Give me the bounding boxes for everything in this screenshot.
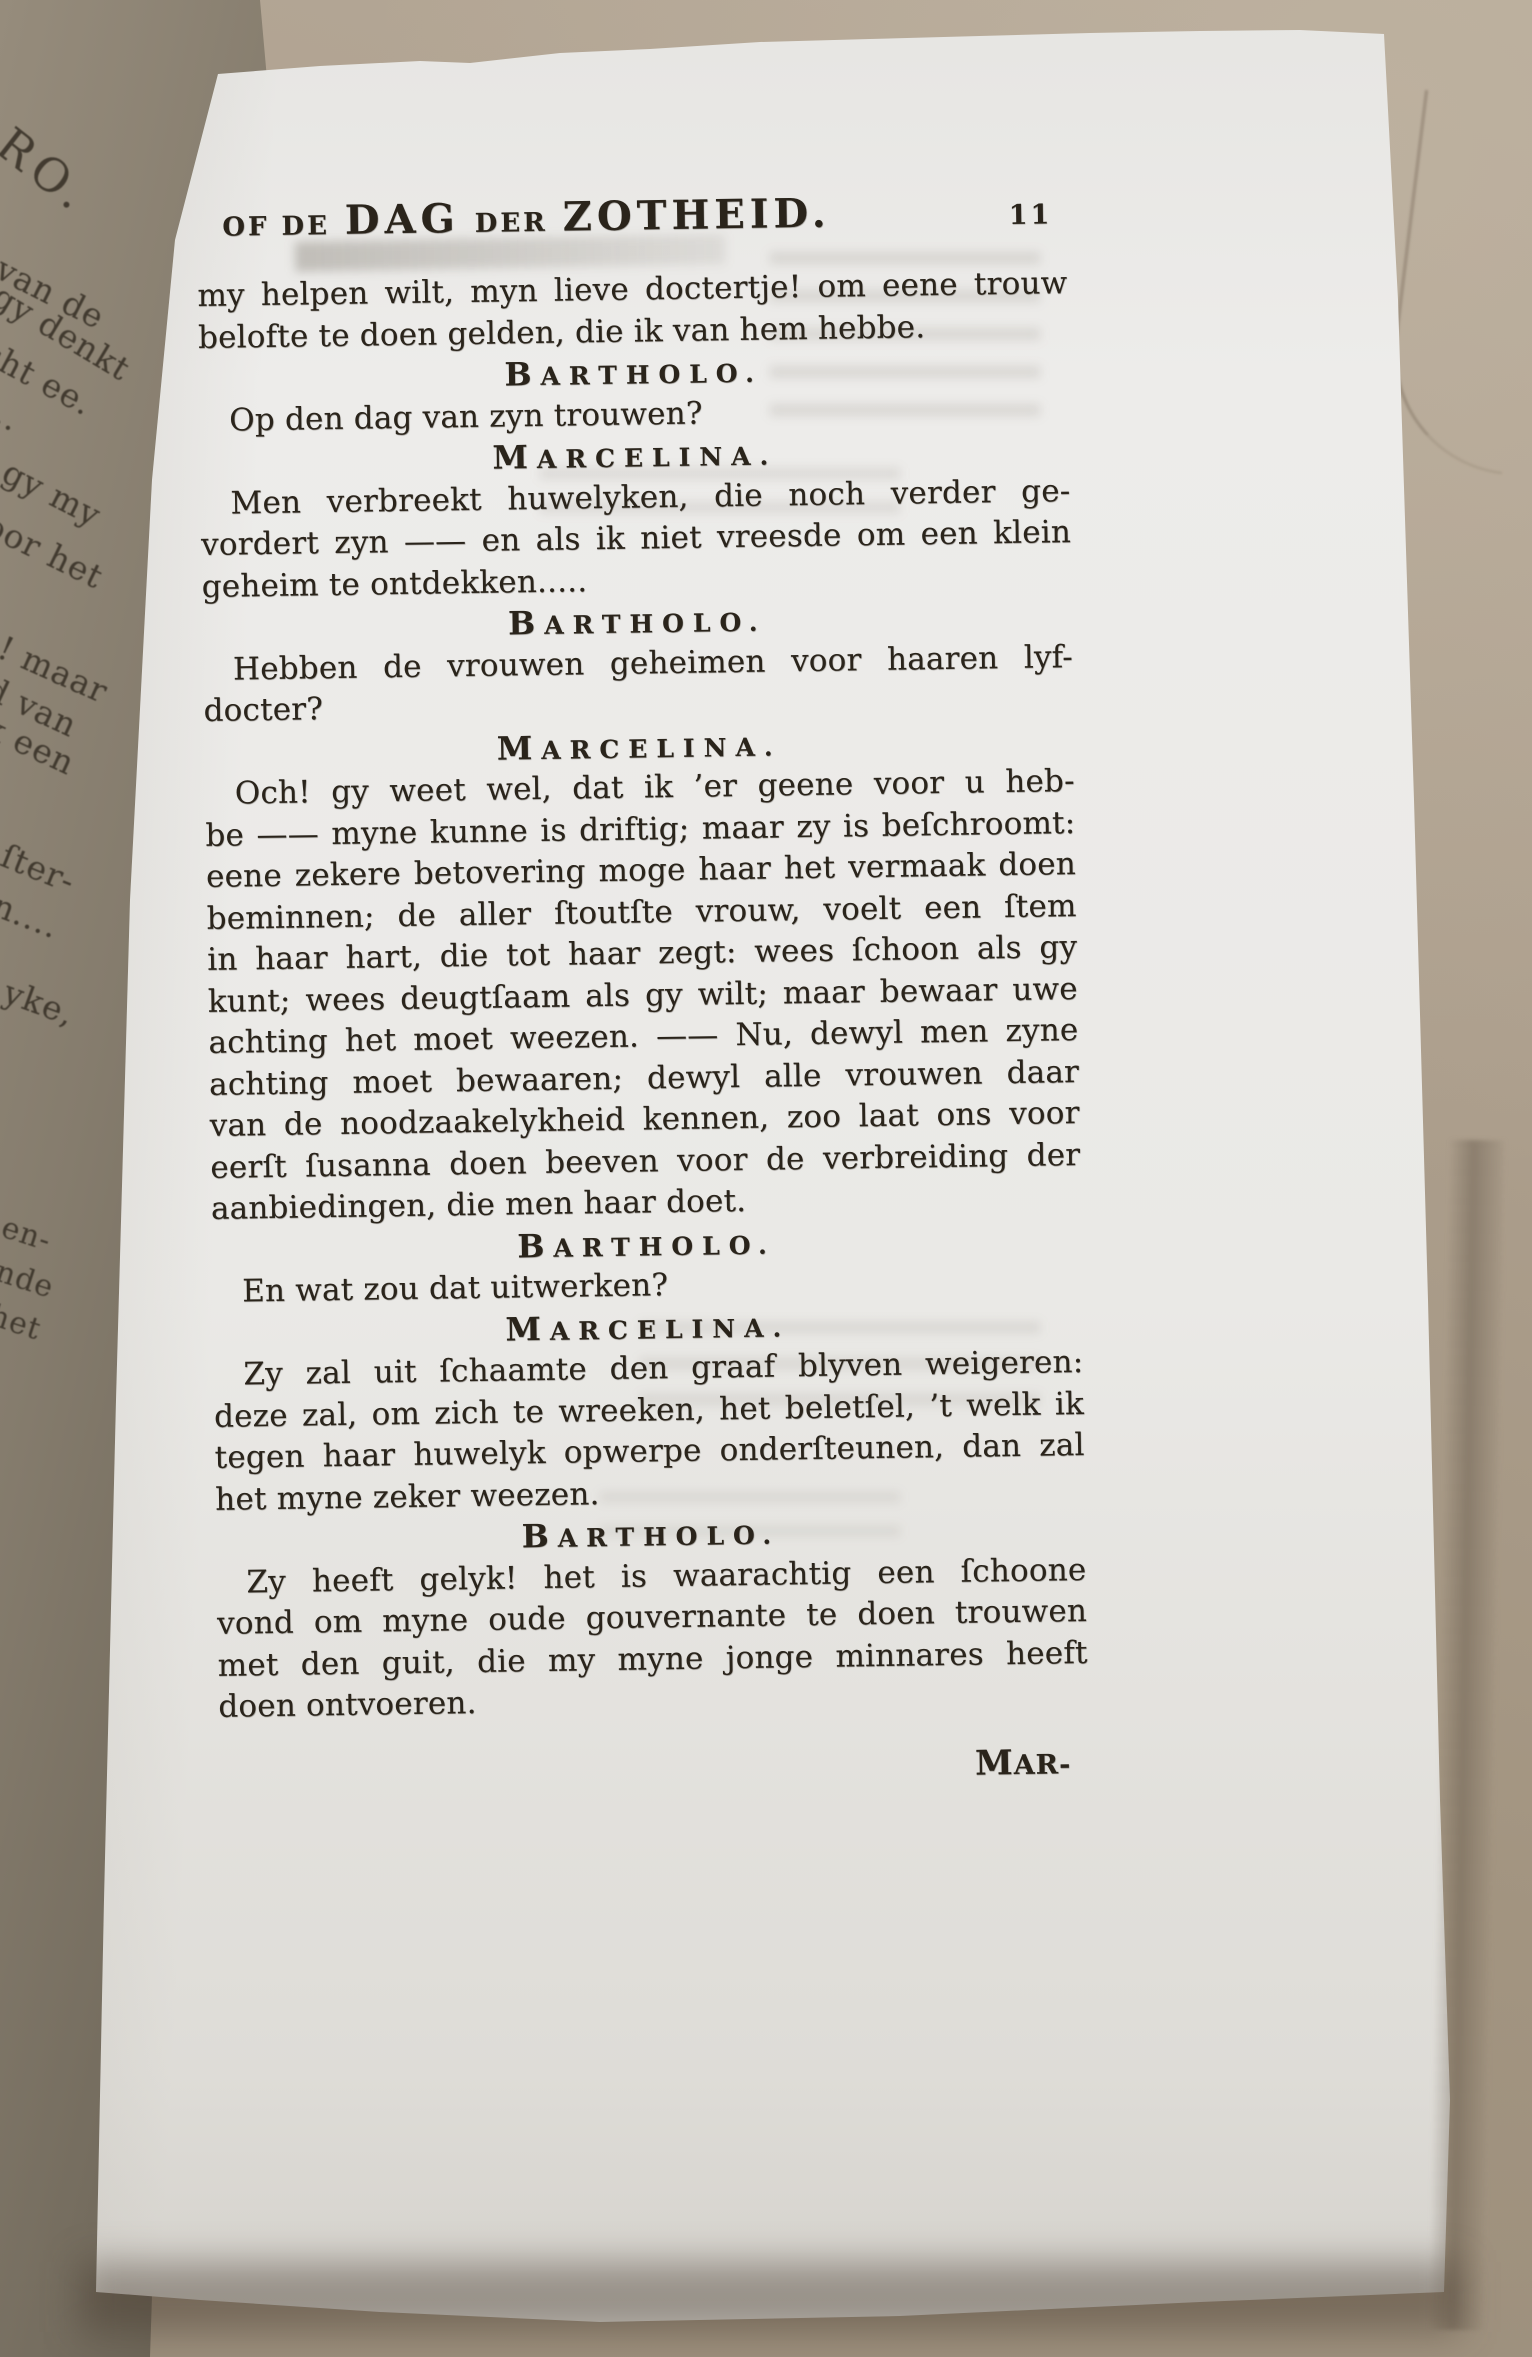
margin-fragment: ARO.	[0, 92, 103, 224]
printed-text-block: OF DE DAG DER ZOTHEID. 11 my helpen wilt…	[196, 187, 1090, 1794]
running-title-part: DER	[474, 200, 548, 247]
margin-fragment: yke,	[0, 972, 80, 1034]
running-title: OF DE DAG DER ZOTHEID. 11	[196, 187, 1067, 246]
margin-fragment: het	[0, 1298, 46, 1347]
running-title-part: DAG	[345, 196, 461, 244]
page-bottom-shadow	[80, 2262, 1460, 2332]
book-page: OF DE DAG DER ZOTHEID. 11 my helpen wilt…	[0, 0, 1532, 2357]
running-title-part: OF DE	[222, 203, 330, 251]
running-title-part: ZOTHEID.	[562, 191, 831, 241]
page-number: 11	[1008, 192, 1052, 239]
margin-fragment: nde	[0, 1254, 58, 1306]
catchword: MAR-	[219, 1741, 1089, 1794]
margin-fragment: en-	[0, 1210, 56, 1259]
